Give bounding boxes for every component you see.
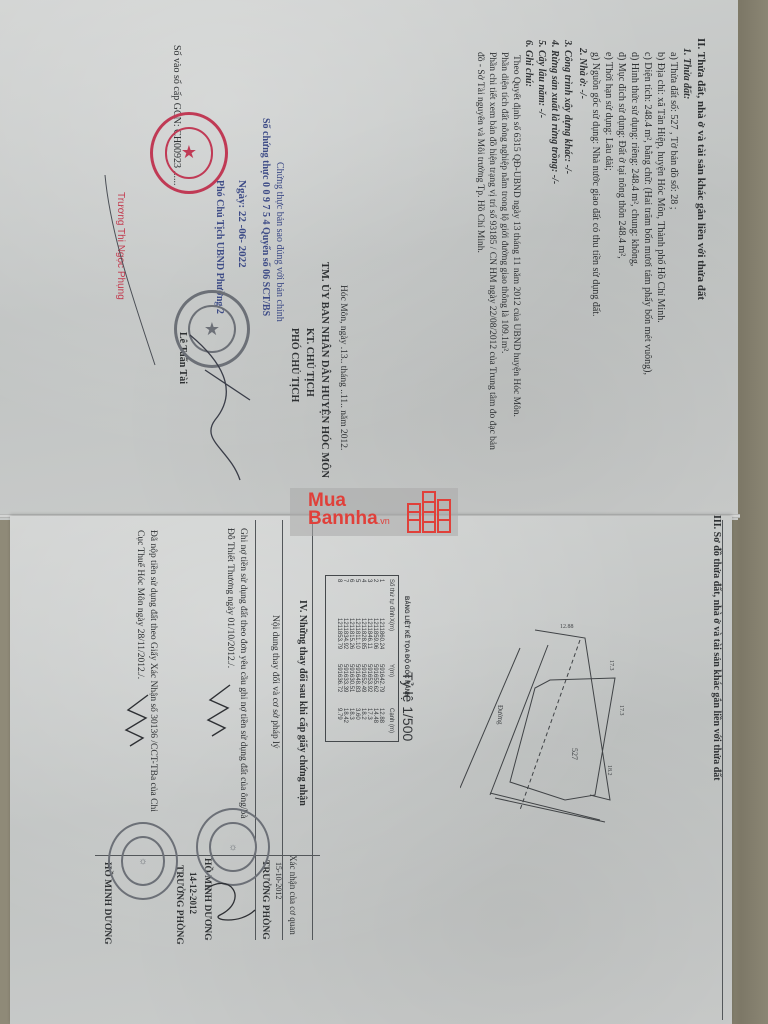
certify-copy-text: Chứng thực bản sao đúng với bản chính (273, 162, 286, 322)
certify-date: Ngày: 22 -06- 2022 (235, 180, 248, 268)
perennial-line: 5. Cây lâu năm: -/- (535, 40, 548, 118)
watermark-logo: Mua Bannha.vn (290, 488, 458, 536)
changes-header: Nội dung thay đổi và cơ sở pháp lý (268, 615, 281, 749)
coordinate-cell: 591636.72 (334, 664, 343, 692)
coord-header: X(m) (386, 618, 395, 631)
coord-header: Cạnh (m) (386, 708, 395, 733)
coordinate-cell: 9.79 (334, 708, 343, 720)
coord-header: Số thứ tự đỉnh (386, 579, 395, 617)
coordinate-table: BẢNG LIỆT KÊ TỌA ĐỘ GÓC RANH Số thứ tự đ… (325, 575, 399, 742)
land-item-d: d) Hình thức sử dụng: riêng: 248.4 m², c… (628, 52, 641, 266)
land-item-g: g) Nguồn gốc sử dụng: Nhà nước giao đất … (589, 52, 602, 317)
svg-text:17.3: 17.3 (618, 705, 624, 716)
certify-number: Số chứng thực 0 0 9 7 5 4 Quyển số 06 SC… (259, 118, 272, 316)
svg-text:Đường: Đường (496, 705, 504, 725)
coordinate-cell: 8 (334, 579, 343, 582)
change-1-line-2: Đỗ Thiết Thương ngày 01/10/2012./. (223, 528, 236, 668)
emblem-icon: ☼ (209, 822, 256, 872)
star-emblem-icon: ★ (165, 127, 214, 178)
signing-role-2: PHÓ CHỦ TỊCH (288, 328, 301, 402)
notes-heading: 6. Ghi chú: (522, 40, 535, 87)
gray-official-stamp: ☼ (108, 822, 178, 900)
svg-text:527: 527 (570, 748, 579, 760)
section-ii-title: II. Thửa đất, nhà ở và tài sản khác gắn … (694, 38, 707, 300)
change-1-confirm-date: 15-10-2012 (272, 862, 285, 899)
signing-place-date: Hóc Môn, ngày .13.. tháng ..11.. năm 201… (336, 285, 349, 450)
notes-line-4: đồ - Sở Tài nguyên và Môi trường Tp. Hồ … (473, 52, 486, 253)
house-line: 2. Nhà ở: -/- (576, 48, 589, 99)
change-1-line-1: Ghi nợ tiền sử dụng đất theo đơn yêu cầu… (236, 528, 249, 819)
confirm-header: Xác nhận của cơ quan (286, 855, 299, 935)
watermark-line2: Bannha.vn (308, 510, 390, 530)
land-heading: 1. Thửa đất: (680, 48, 693, 99)
land-item-e: e) Thời hạn sử dụng: Lâu dài; (602, 52, 615, 171)
land-item-c: c) Diện tích: 248.4 m², bằng chữ: (Hai t… (641, 52, 654, 375)
notes-line-2: Phần diện tích đất nông nghiệp nằm trong… (497, 52, 510, 353)
svg-text:18.2: 18.2 (606, 765, 612, 776)
coordinate-cell: 1211853.79 (334, 618, 343, 649)
signature-icon (118, 690, 158, 750)
red-official-stamp: ★ (150, 112, 228, 194)
notes-line-3: Phần chi tiết xem bản đồ hiện trạng vị t… (485, 52, 498, 450)
svg-text:12.88: 12.88 (560, 624, 574, 630)
notes-line-1: Theo Quyết định số 6315 QĐ-UBND ngày 13 … (509, 55, 522, 417)
land-parcel-map: 527 Đường 12.88 17.3 17.3 18.2 (460, 610, 640, 860)
signature-icon (180, 330, 260, 490)
land-item-a: a) Thửa đất số: 527 , Tờ bản đồ số: 28 ; (667, 52, 680, 210)
building-icon (406, 490, 452, 534)
forest-line: 4. Rừng sản xuất là rừng trồng: -/- (548, 40, 561, 184)
signature-line-icon (100, 170, 160, 370)
coord-header: Y(m) (386, 664, 395, 677)
signing-authority: TM. ỦY BAN NHÂN DÂN HUYỆN HÓC MÔN (318, 262, 331, 478)
signing-role-1: KT. CHỦ TỊCH (303, 328, 316, 397)
border-line (312, 520, 313, 940)
change-2-line-2: Cục Thuế Hóc Môn ngày 28/11/2012./. (133, 530, 146, 679)
emblem-icon: ☼ (121, 836, 166, 886)
other-works-line: 3. Công trình xây dựng khác: -/- (561, 40, 574, 174)
border-line (722, 520, 723, 1020)
land-item-b: b) Địa chỉ: xã Tân Hiệp, huyện Hóc Môn, … (654, 52, 667, 323)
svg-text:17.3: 17.3 (608, 660, 614, 671)
change-2-confirm-date: 14-12-2012 (186, 872, 199, 914)
section-iv-title: IV. Những thay đổi sau khi cấp giấy chứn… (296, 600, 309, 806)
signature-icon (200, 680, 240, 740)
change-2-line-1: Đã nộp tiền sử dụng đất theo Giấy Xác Nh… (146, 530, 159, 812)
scale-label: Tỷ lệ 1/500 (400, 672, 416, 741)
land-item-dd: đ) Mục đích sử dụng: Đất ở tại nông thôn… (615, 52, 628, 259)
signature-icon (200, 870, 260, 930)
